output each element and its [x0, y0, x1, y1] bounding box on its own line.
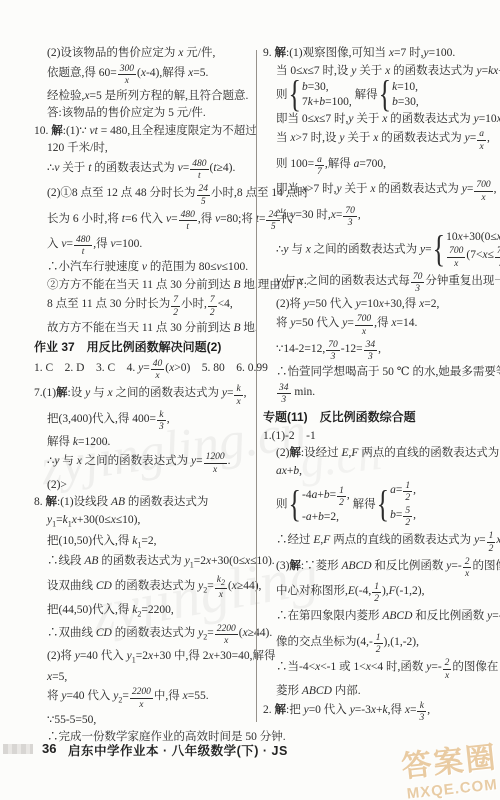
text-line: 8 点至 11 点 30 分时长为72小时,72<4, — [34, 295, 252, 318]
case-row: b=52, — [390, 506, 416, 529]
math-variable: AB — [111, 496, 125, 508]
fraction-denominator: 2 — [372, 592, 381, 604]
left-brace: { — [289, 76, 301, 114]
text-run: = — [207, 580, 214, 592]
text-run: =1200. — [78, 436, 110, 448]
fraction-numerator: 70 — [343, 206, 357, 216]
text-run: 2. — [263, 704, 275, 716]
fraction-denominator: x — [474, 191, 492, 203]
case-rows: a=12,b=52, — [390, 481, 416, 529]
text-run: =10, — [397, 81, 418, 93]
text-run: 把(10,50)代入,得 — [47, 535, 132, 547]
text-run: ,得 — [93, 238, 110, 250]
text-run: = — [196, 455, 203, 467]
fraction-numerator: 5 — [403, 506, 412, 516]
text-run: 的函数表达式为 — [125, 496, 208, 508]
case-row: b=30, — [392, 96, 419, 109]
text-run: 依题意,得 60= — [47, 66, 117, 78]
fraction: 700x — [355, 314, 373, 337]
fraction-denominator: 3 — [157, 420, 166, 432]
text-run: 答:该物品的售价应定为 5 元/件. — [47, 107, 206, 119]
case-system: {-4a+b=12,-a+b=2, — [288, 486, 350, 524]
text-run: ≤100. — [222, 261, 248, 273]
text-run: =2, — [424, 298, 439, 310]
text-line: 9. 解:(1)观察图像,可知当 x=7 时,y=100. — [263, 46, 489, 61]
fraction-denominator: 2 — [208, 306, 217, 318]
fraction-numerator: 300 — [118, 64, 136, 74]
bold-run: 解 — [275, 704, 287, 716]
fraction-denominator: t — [190, 169, 208, 181]
text-run: = — [470, 132, 477, 144]
text-run: 将 — [276, 317, 290, 329]
text-run: =7 时, — [394, 47, 424, 59]
case-rows: b=30,7k+b=100, — [302, 81, 352, 109]
text-run: , — [487, 132, 490, 144]
fraction-numerator: 1 — [403, 481, 412, 491]
text-line: 120 千米/时, — [34, 141, 252, 156]
math-variable: ax — [276, 465, 287, 477]
text-run: =- — [451, 560, 461, 572]
text-run: 与 — [90, 387, 107, 399]
case-row: a=12, — [390, 481, 416, 504]
text-run: 元/件, — [183, 47, 215, 59]
text-run: 的函数表达式为 — [375, 183, 461, 195]
fraction-denominator: 3 — [411, 282, 425, 294]
text-run: :∵菱形 — [301, 560, 342, 572]
fraction-numerator: 1 — [372, 582, 381, 592]
text-run: , — [494, 183, 497, 195]
fraction-denominator: 2 — [403, 516, 412, 528]
text-run: = — [396, 509, 403, 521]
text-run: +30(0≤ — [77, 514, 111, 526]
text-run: =50 代入 — [309, 298, 356, 310]
workbook-answer-page: zyjingling.cn zyjingling g.cn (2)设该物品的售价… — [0, 0, 500, 800]
fraction: kx — [234, 384, 242, 407]
text-run: ∴小汽车行驶速度 — [47, 261, 142, 273]
fraction-numerator: k — [417, 701, 426, 711]
text-line: 解得 k=1200. — [34, 435, 252, 450]
text-run: :把 — [286, 704, 304, 716]
text-line: (2)将 y=50 代入 y=10x+30,得 x=2, — [263, 297, 489, 312]
fraction-numerator: 7 — [208, 295, 217, 305]
text-run: 内部. — [332, 685, 361, 697]
case-rows: 10x+30(0≤x≤7),700x(7<x≤703), — [446, 231, 500, 269]
fraction: ax — [477, 129, 486, 152]
bold-run: 解 — [289, 447, 301, 459]
text-run: = — [330, 489, 337, 501]
text-line: ∵55-5=50, — [34, 713, 252, 728]
text-run: -4),解得 — [146, 66, 188, 78]
fraction-denominator: x — [463, 567, 472, 579]
fraction-denominator: x — [215, 588, 227, 600]
fraction-denominator: 7 — [315, 165, 324, 177]
fraction-denominator: x — [118, 74, 136, 86]
text-run: 专题(11) 反比例函数综合题 — [263, 410, 416, 424]
text-run: = — [122, 690, 129, 702]
text-run: =2, — [141, 535, 156, 547]
text-line: 菱形 ABCD 内部. — [263, 684, 489, 699]
text-run: 则 — [276, 499, 288, 511]
math-variable: ABCD — [342, 560, 372, 572]
fraction-numerator: a — [315, 155, 324, 165]
left-brace: { — [433, 231, 445, 269]
fraction: 703 — [495, 246, 500, 269]
text-run: 经检验, — [47, 90, 84, 102]
text-line: 设双曲线 CD 的函数表达式为 y2=k2x(x≥44), — [34, 575, 252, 600]
text-line: 依题意,得 60=300x(x-4),解得 x=5. — [34, 64, 252, 87]
text-line: ∴当-4<x<-1 或 1<x<4 时,函数 y=-2x的图像在 — [263, 658, 489, 681]
text-run: 之间的函数表达式为 — [311, 244, 420, 256]
fraction: 2200x — [130, 687, 153, 710]
text-run: 分钟重复出现一次. — [425, 275, 500, 287]
fraction-numerator: 700 — [355, 314, 373, 324]
text-run: +30 中,得 2 — [153, 650, 208, 662]
text-run: ,得 — [198, 213, 215, 225]
text-run: 将 — [47, 690, 61, 702]
text-line: ∴v 关于 t 的函数表达式为 v=480t(t≥4). — [34, 159, 252, 182]
text-run: 与 — [59, 455, 76, 467]
text-run: =14. — [396, 317, 417, 329]
math-variable: F — [389, 585, 396, 597]
right-text-column: 9. 解:(1)观察图像,可知当 x=7 时,y=100.当 0≤x≤7 时,设… — [263, 46, 489, 726]
scan-smudge — [3, 744, 33, 754]
fraction-numerator: 480 — [74, 235, 92, 245]
text-line: y1=k1x+30(0≤x≤10), — [34, 513, 252, 531]
fraction: 480t — [74, 235, 92, 258]
text-run: , — [378, 343, 381, 355]
text-line: 长为 6 小时,将 t=6 代入 v=480t,得 v=80;将 t=245代 — [34, 210, 252, 233]
text-line: 把(44,50)代入,得 k2=2200, — [34, 603, 252, 621]
fraction-numerator: 7 — [171, 295, 180, 305]
text-run: +30(0≤ — [211, 555, 245, 567]
left-brace: { — [379, 76, 391, 114]
fraction: 700x — [447, 246, 465, 269]
fraction-numerator: 2 — [443, 658, 452, 668]
text-run: = — [410, 704, 417, 716]
text-run: 和反比例函数 — [372, 560, 447, 572]
text-run: =55. — [188, 690, 209, 702]
fraction: 703 — [411, 272, 425, 295]
text-run: 1. C 2. D 3. C 4. — [34, 362, 138, 374]
fraction-numerator: k — [234, 384, 242, 394]
fraction: 12 — [372, 582, 381, 605]
text-run: +30(0≤ — [463, 231, 497, 243]
text-run: 的函数表达式为 — [387, 113, 473, 125]
text-run: 8 点至 11 点 30 分时长为 — [47, 298, 170, 310]
text-line: 当 x>7 时,设 y 关于 x 的函数表达式为 y=ax, — [263, 129, 489, 152]
fraction-numerator: 700 — [447, 246, 465, 256]
text-run: =40 代入 — [80, 650, 127, 662]
text-run: ≥44), — [237, 580, 262, 592]
text-run: 120 千米/时, — [47, 142, 108, 154]
fraction-numerator: 24 — [197, 184, 211, 194]
text-run: <4, — [218, 298, 233, 310]
math-variable: kx — [488, 65, 498, 77]
text-run: , — [413, 484, 416, 496]
text-run: =30, — [398, 96, 419, 108]
text-run: 故方方不能在当天 11 点 30 分前到达 — [47, 322, 233, 334]
text-run: 10 — [446, 231, 458, 243]
case-row: b=30, — [302, 81, 352, 94]
text-run: :设 — [68, 387, 86, 399]
text-run: =30, — [308, 81, 329, 93]
text-run: , — [413, 509, 416, 521]
text-run: =-3 — [355, 704, 371, 716]
fraction-denominator: 3 — [343, 216, 357, 228]
bold-run: 解 — [289, 560, 301, 572]
text-line: ∴y 与 x 之间的函数表达式为 y=1200x. — [34, 452, 252, 475]
text-line: 中心对称图形,E(-4,12),F(-1,2), — [263, 582, 489, 605]
text-run: 入 — [47, 238, 61, 250]
text-run: 小时, — [181, 298, 207, 310]
fraction-numerator: 1 — [487, 531, 496, 541]
case-row: 700x(7<x≤703), — [446, 246, 500, 269]
text-line: (2)设该物品的售价应定为 x 元/件, — [34, 46, 252, 61]
text-line: (2)> — [34, 478, 252, 493]
text-run: = 480,且全程速度限定为不超过 — [98, 125, 257, 137]
text-run: = — [183, 162, 190, 174]
text-line: 10. 解:(1)∵ vt = 480,且全程速度限定为不超过 — [34, 124, 252, 139]
text-line: (3)解:∵菱形 ABCD 和反比例函数 y=-2x的图像都是 — [263, 557, 489, 580]
text-run: 关于 — [344, 132, 373, 144]
text-run: =- — [431, 661, 441, 673]
left-brace: { — [289, 486, 301, 524]
text-run: :(1)∵ — [63, 125, 90, 137]
text-line: 把(10,50)代入,得 k1=2, — [34, 534, 252, 552]
text-run: 把(44,50)代入,得 — [47, 604, 132, 616]
text-run: 作业 37 用反比例函数解决问题(2) — [34, 340, 221, 354]
fraction-denominator: x — [151, 369, 165, 381]
text-run: = — [479, 534, 486, 546]
fraction-denominator: 2 — [374, 643, 383, 655]
text-run: =100. — [116, 238, 143, 250]
text-run: 长为 6 小时,将 — [47, 213, 122, 225]
fraction-denominator: 3 — [364, 350, 378, 362]
text-run: 则 — [276, 89, 288, 101]
text-line: 即当 x>7 时,y 关于 x 的函数表达式为 y=700x, — [263, 180, 489, 203]
fraction-denominator: 5 — [197, 195, 211, 207]
text-run: ≤ — [488, 249, 494, 261]
fraction: 2200x — [215, 624, 238, 647]
text-run: =5 是所列方程的解,且符合题意. — [89, 90, 248, 102]
text-run: 8. — [34, 496, 46, 508]
text-run: ,得 — [374, 317, 391, 329]
text-run: 10. — [34, 125, 51, 137]
text-run: -12= — [341, 343, 363, 355]
fraction-denominator: 3 — [326, 350, 340, 362]
text-run: -4 — [302, 489, 312, 501]
text-run: ≥4). — [217, 162, 236, 174]
text-run: 关于 — [59, 162, 88, 174]
text-run: (7< — [466, 249, 482, 261]
fraction: 2x — [463, 557, 472, 580]
fraction: 52 — [403, 506, 412, 529]
text-run: ≤7 时,设 — [308, 65, 352, 77]
text-line: 7.(1)解:设 y 与 x 之间的函数表达式为 y=kx, — [34, 384, 252, 407]
fraction: 40x — [151, 359, 165, 382]
text-run: = — [227, 387, 234, 399]
math-variable: x — [496, 534, 500, 546]
text-line: ∴怡萱同学想喝高于 50 ℃ 的水,她最多需要等待 — [263, 365, 489, 380]
text-run: 9. — [263, 47, 275, 59]
section-heading: 专题(11) 反比例函数综合题 — [263, 410, 489, 425]
fraction: 12 — [487, 531, 496, 554]
book-title: 启东中学作业本 · 八年级数学(下) · JS — [68, 741, 288, 759]
text-run: 的函数表达式为 — [378, 132, 464, 144]
section-heading: 作业 37 用反比例函数解决问题(2) — [34, 340, 252, 355]
text-run: = — [207, 627, 214, 639]
fraction-numerator: a — [477, 129, 486, 139]
text-run: >7 时,设 — [295, 132, 339, 144]
text-run: 则 100= — [276, 158, 314, 170]
text-line: 当 y=30 时,x=703, — [263, 206, 489, 229]
text-run: = — [467, 183, 474, 195]
text-run: =10 — [479, 113, 497, 125]
text-run: =2, — [324, 511, 339, 523]
text-run: ∴在第四象限内菱形 — [276, 610, 382, 622]
text-run: =6 代入 — [125, 213, 166, 225]
text-run: <4 时,函数 — [371, 661, 426, 673]
text-run: , — [427, 704, 430, 716]
text-run: 设双曲线 — [47, 580, 96, 592]
bold-run: 解 — [56, 387, 68, 399]
text-run: =2 — [194, 555, 206, 567]
text-run: >7 时, — [307, 183, 337, 195]
text-run: (2)> — [47, 479, 67, 491]
case-system: {10x+30(0≤x≤7),700x(7<x≤703), — [432, 231, 500, 269]
text-run: =- — [492, 610, 500, 622]
text-run: (2)①8 点至 12 点 48 分时长为 — [47, 187, 196, 199]
text-run: 的图像在 — [452, 661, 498, 673]
text-run: 7.(1) — [34, 387, 56, 399]
text-run: min. — [292, 386, 316, 398]
text-run: , — [244, 387, 247, 399]
text-run: 的函数表达式为 — [91, 162, 177, 174]
bold-run: 解 — [51, 125, 63, 137]
text-run: =700, — [359, 158, 386, 170]
fraction-numerator: 2200 — [130, 687, 153, 697]
text-line: ∴线段 AB 的函数表达式为 y1=2x+30(0≤x≤10). — [34, 554, 252, 572]
text-run: :设经过 — [301, 447, 342, 459]
case-rows: -4a+b=12,-a+b=2, — [302, 486, 350, 524]
text-run: =2 — [136, 650, 148, 662]
math-variable: E — [342, 447, 349, 459]
text-line: ∴在第四象限内菱形 ABCD 和反比例函数 y=-2x的图 — [263, 607, 489, 630]
fraction-numerator: 480 — [190, 159, 208, 169]
text-line: 将 y=50 代入 y=700x,得 x=14. — [263, 314, 489, 337]
text-run: (2) — [276, 447, 289, 459]
fraction: 2x — [443, 658, 452, 681]
fraction: 12 — [337, 486, 346, 509]
fraction-denominator: x — [477, 140, 486, 152]
text-run: ②方方不能在当天 11 点 30 分前到达 — [47, 279, 233, 291]
text-line: 则{b=30,7k+b=100, 解得{k=10,b=30, — [263, 81, 489, 109]
fraction-denominator: 2 — [171, 306, 180, 318]
text-line: 343 min. — [263, 383, 489, 406]
fraction-numerator: 40 — [151, 359, 165, 369]
text-run: , — [358, 209, 361, 221]
text-run: =0 代入 — [309, 704, 350, 716]
text-run: 和反比例函数 — [412, 610, 487, 622]
fraction-numerator: 1 — [337, 486, 346, 496]
math-variable: E — [348, 585, 355, 597]
text-run: (3) — [276, 560, 289, 572]
text-run: ∵55-5=50, — [47, 714, 96, 726]
text-run: 当 — [276, 209, 290, 221]
fraction-denominator: x — [447, 257, 465, 269]
text-run: 两点的直线的函数表达式为 — [358, 447, 500, 459]
text-line: 1. C 2. D 3. C 4. y=40x(x>0) 5. 80 6. 0.… — [34, 359, 252, 382]
math-variable: CD — [96, 627, 112, 639]
text-line: ax+b, — [263, 464, 489, 479]
text-run: = — [336, 209, 343, 221]
fraction: 300x — [118, 64, 136, 87]
fraction-numerator: 700 — [474, 180, 492, 190]
math-variable: CD — [96, 580, 112, 592]
text-run: =30 时, — [295, 209, 330, 221]
fraction-denominator: 3 — [277, 393, 291, 405]
fraction-numerator: 480 — [179, 210, 197, 220]
text-run: 像的交点坐标为(4,- — [276, 636, 373, 648]
math-variable: vt — [90, 125, 98, 137]
text-run: 的函数表达式为 — [112, 627, 198, 639]
text-run: (2)设该物品的售价应定为 — [47, 47, 178, 59]
fraction-denominator: 2 — [487, 542, 496, 554]
fraction-numerator: 1 — [374, 633, 383, 643]
fraction: a7 — [315, 155, 324, 178]
text-run: . — [228, 455, 231, 467]
fraction-numerator: 2 — [463, 557, 472, 567]
text-run: 之间的函数表达式每 — [303, 275, 409, 287]
text-run: 解得 — [350, 499, 376, 511]
fraction-denominator: 3 — [495, 257, 500, 269]
text-run: 之间的函数表达式为 — [82, 455, 191, 467]
text-run: =50 代入 — [295, 317, 342, 329]
fraction-denominator: t — [74, 245, 92, 257]
text-run: 中心对称图形, — [276, 585, 348, 597]
text-run: 菱形 — [276, 685, 302, 697]
fraction-denominator: x — [443, 669, 452, 681]
case-rows: k=10,b=30, — [392, 81, 419, 109]
text-run: ,解得 — [325, 158, 354, 170]
text-run: =100. — [429, 47, 456, 59]
math-variable: x — [497, 231, 500, 243]
case-system: {a=12,b=52, — [376, 481, 416, 529]
case-row: -a+b=2, — [302, 511, 350, 524]
text-run: = — [396, 484, 403, 496]
case-row: 7k+b=100, — [302, 96, 352, 109]
text-line: ∴经过 E,F 两点的直线的函数表达式为 y=12x+52. — [263, 531, 489, 554]
text-run: ), — [382, 585, 389, 597]
fraction: 700x — [474, 180, 492, 203]
text-run: 中,得 — [154, 690, 183, 702]
text-line: ∵14-2=12,703-12=343, — [263, 340, 489, 363]
fraction-numerator: 70 — [411, 272, 425, 282]
text-line: 像的交点坐标为(4,-12),(1,-2), — [263, 633, 489, 656]
text-run: ),(1,-2), — [384, 636, 419, 648]
text-run: 解得 — [352, 89, 378, 101]
text-run: (-4, — [355, 585, 371, 597]
text-run: >0) 5. 80 6. 0.99 — [174, 362, 268, 374]
column-divider-line — [256, 50, 257, 722]
case-system: {b=30,7k+b=100, — [288, 81, 352, 109]
text-run: , — [167, 412, 170, 424]
text-run: 解得 — [47, 436, 73, 448]
text-run: (-1,2), — [396, 585, 425, 597]
text-run: = — [347, 317, 354, 329]
text-line: 则 100=a7,解得 a=700, — [263, 155, 489, 178]
fraction: 12 — [374, 633, 383, 656]
